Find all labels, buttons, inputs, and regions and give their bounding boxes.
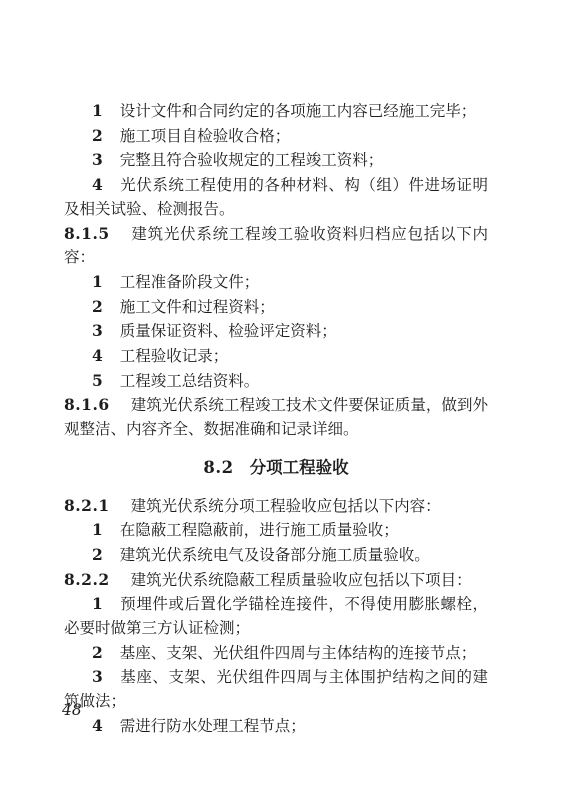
- item-text: 设计文件和合同约定的各项施工内容已经施工完毕；: [120, 102, 477, 120]
- clause-number: 8.1.6: [64, 395, 110, 414]
- list-item: 4工程验收记录；: [64, 344, 488, 369]
- list-item: 1预埋件或后置化学锚栓连接件，不得使用膨胀螺栓，必要时做第三方认证检测；: [64, 592, 488, 640]
- section-title: 分项工程验收: [250, 458, 349, 477]
- list-item: 2建筑光伏系统电气及设备部分施工质量验收。: [64, 543, 488, 568]
- item-text: 预埋件或后置化学锚栓连接件，不得使用膨胀螺栓，必要时做第三方认证检测；: [64, 595, 488, 637]
- list-item: 1设计文件和合同约定的各项施工内容已经施工完毕；: [64, 99, 488, 124]
- clause-text: 建筑光伏系统工程竣工验收资料归档应包括以下内容：: [64, 225, 488, 267]
- item-text: 在隐蔽工程隐蔽前，进行施工质量验收；: [120, 521, 399, 539]
- item-number: 1: [92, 272, 103, 291]
- item-text: 基座、支架、光伏组件四周与主体围护结构之间的建筑做法；: [64, 668, 488, 710]
- list-item: 3基座、支架、光伏组件四周与主体围护结构之间的建筑做法；: [64, 665, 488, 713]
- list-item: 2施工项目自检验收合格；: [64, 124, 488, 149]
- item-number: 2: [92, 297, 103, 316]
- item-number: 2: [92, 126, 103, 145]
- clause-paragraph: 8.1.5建筑光伏系统工程竣工验收资料归档应包括以下内容：: [64, 222, 488, 270]
- item-number: 4: [92, 716, 103, 735]
- document-page: 1设计文件和合同约定的各项施工内容已经施工完毕； 2施工项目自检验收合格； 3完…: [0, 0, 561, 804]
- page-content: 1设计文件和合同约定的各项施工内容已经施工完毕； 2施工项目自检验收合格； 3完…: [64, 99, 488, 739]
- item-number: 4: [92, 175, 103, 194]
- list-item: 1工程准备阶段文件；: [64, 270, 488, 295]
- list-item: 3质量保证资料、检验评定资料；: [64, 319, 488, 344]
- item-number: 2: [92, 545, 103, 564]
- list-item: 1在隐蔽工程隐蔽前，进行施工质量验收；: [64, 518, 488, 543]
- list-item: 4光伏系统工程使用的各种材料、构（组）件进场证明及相关试验、检测报告。: [64, 173, 488, 221]
- item-text: 基座、支架、光伏组件四周与主体结构的连接节点；: [120, 644, 477, 662]
- item-text: 施工文件和过程资料；: [120, 298, 275, 316]
- item-text: 工程准备阶段文件；: [120, 273, 260, 291]
- list-item: 4需进行防水处理工程节点；: [64, 714, 488, 739]
- item-text: 质量保证资料、检验评定资料；: [120, 322, 337, 340]
- item-number: 1: [92, 594, 103, 613]
- list-item: 5工程竣工总结资料。: [64, 369, 488, 394]
- clause-paragraph: 8.2.1建筑光伏系统分项工程验收应包括以下内容：: [64, 494, 488, 519]
- clause-paragraph: 8.1.6建筑光伏系统工程竣工技术文件要保证质量，做到外观整洁、内容齐全、数据准…: [64, 393, 488, 441]
- item-text: 工程竣工总结资料。: [120, 372, 260, 390]
- section-number: 8.2: [203, 458, 233, 477]
- item-number: 4: [92, 346, 103, 365]
- list-item: 3完整且符合验收规定的工程竣工资料；: [64, 148, 488, 173]
- item-text: 工程验收记录；: [120, 347, 229, 365]
- clause-text: 建筑光伏系统分项工程验收应包括以下内容：: [131, 497, 441, 515]
- clause-number: 8.1.5: [64, 224, 110, 243]
- clause-text: 建筑光伏系统工程竣工技术文件要保证质量，做到外观整洁、内容齐全、数据准确和记录详…: [64, 396, 488, 438]
- item-text: 需进行防水处理工程节点；: [120, 717, 306, 735]
- section-heading: 8.2分项工程验收: [64, 456, 488, 480]
- item-number: 3: [92, 321, 103, 340]
- item-number: 1: [92, 520, 103, 539]
- item-text: 施工项目自检验收合格；: [120, 127, 291, 145]
- item-number: 1: [92, 101, 103, 120]
- clause-number: 8.2.2: [64, 570, 110, 589]
- page-number: 48: [62, 701, 82, 719]
- item-number: 2: [92, 643, 103, 662]
- item-text: 建筑光伏系统电气及设备部分施工质量验收。: [120, 546, 430, 564]
- item-text: 完整且符合验收规定的工程竣工资料；: [120, 151, 384, 169]
- clause-number: 8.2.1: [64, 496, 110, 515]
- clause-paragraph: 8.2.2建筑光伏系统隐蔽工程质量验收应包括以下项目：: [64, 568, 488, 593]
- item-text: 光伏系统工程使用的各种材料、构（组）件进场证明及相关试验、检测报告。: [64, 176, 488, 218]
- clause-text: 建筑光伏系统隐蔽工程质量验收应包括以下项目：: [131, 571, 472, 589]
- item-number: 3: [92, 150, 103, 169]
- item-number: 3: [92, 667, 103, 686]
- list-item: 2施工文件和过程资料；: [64, 295, 488, 320]
- item-number: 5: [92, 371, 103, 390]
- list-item: 2基座、支架、光伏组件四周与主体结构的连接节点；: [64, 641, 488, 666]
